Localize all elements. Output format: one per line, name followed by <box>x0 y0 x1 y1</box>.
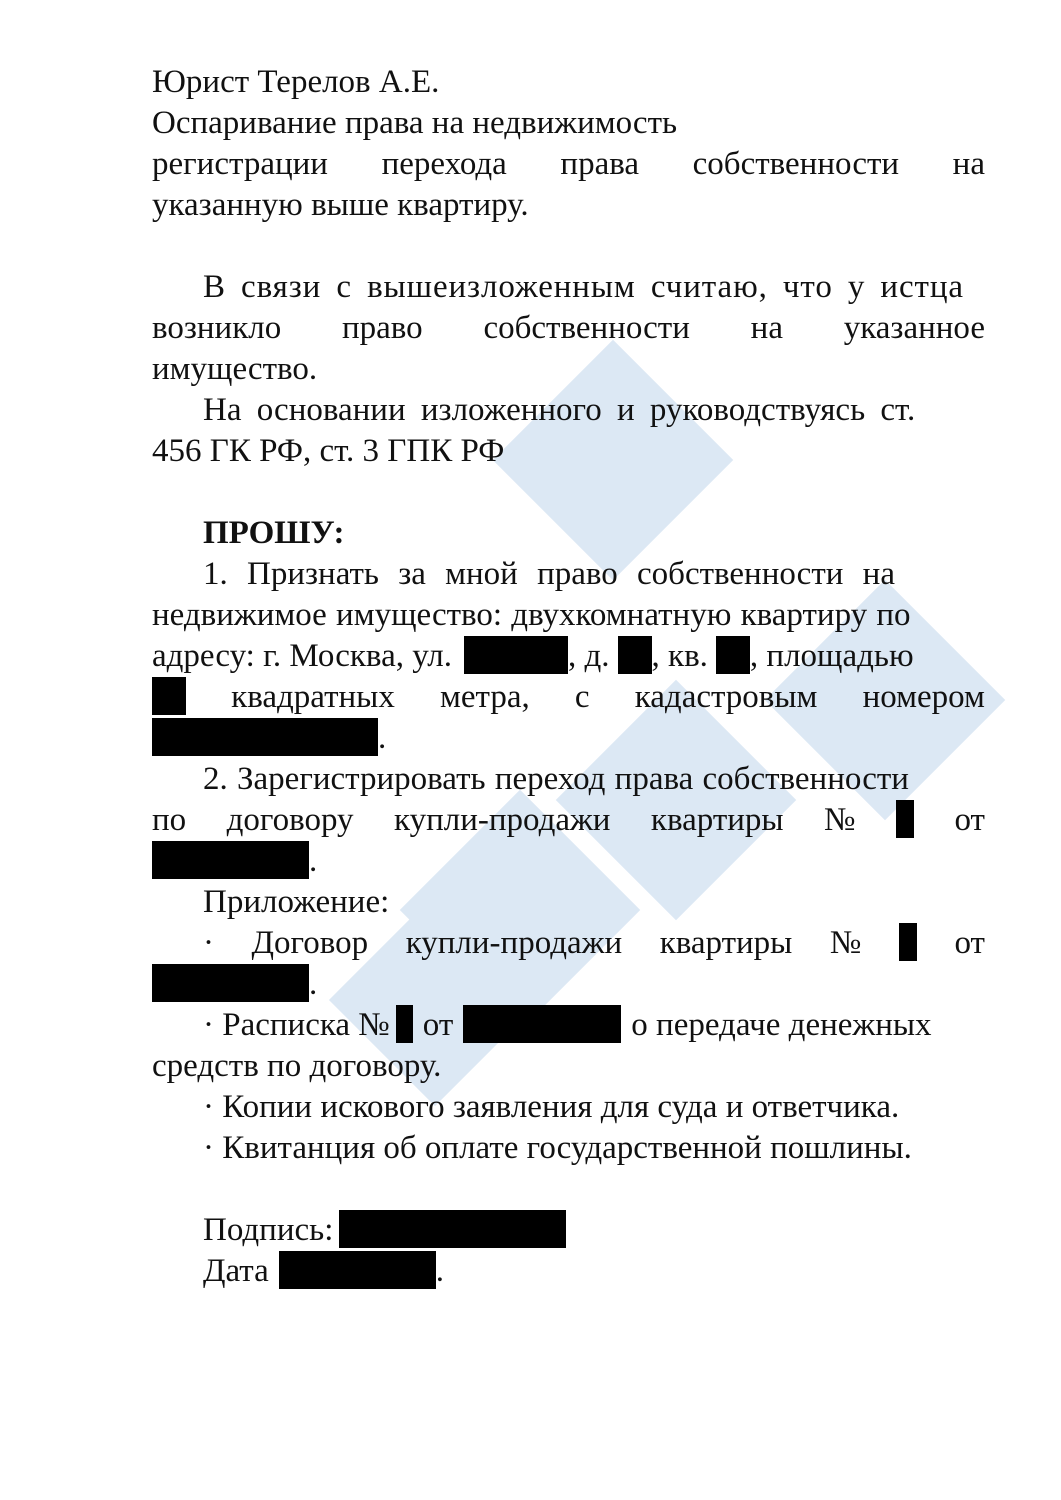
word: договору <box>227 800 354 841</box>
word: на <box>751 308 783 349</box>
item-1-line-3: адресу: г. Москва, ул. , д. , кв. , площ… <box>152 636 985 677</box>
word: с <box>575 677 590 718</box>
paragraph-text: В связи с вышеизложенным считаю, что у и… <box>203 267 964 308</box>
house-label: , д. <box>568 636 610 677</box>
item-1-line-2: недвижимое имущество: двухкомнатную квар… <box>152 595 985 636</box>
word: перехода <box>382 144 507 185</box>
document-body: Юрист Терелов А.Е. Оспаривание права на … <box>152 62 985 1292</box>
word: купли-продажи <box>406 923 622 964</box>
word: Договор <box>252 923 369 964</box>
attachment-4: · Квитанция об оплате государственной по… <box>152 1128 985 1169</box>
flat-label: , кв. <box>652 636 708 677</box>
word: право <box>342 308 423 349</box>
paragraph-1-line-1: В связи с вышеизложенным считаю, что у и… <box>152 267 985 308</box>
word: купли-продажи <box>394 800 610 841</box>
attachment-1-line-1: · Договор купли-продажи квартиры № от <box>152 923 985 964</box>
attachment-3: · Копии искового заявления для суда и от… <box>152 1087 985 1128</box>
redacted-area <box>152 677 186 715</box>
redacted-street <box>464 636 568 674</box>
punctuation: . <box>436 1251 444 1292</box>
word: по <box>152 800 186 841</box>
word: возникло <box>152 308 281 349</box>
word: квартиры <box>660 923 793 964</box>
word: от <box>423 1005 454 1046</box>
redacted-signature <box>339 1210 566 1248</box>
punctuation: . <box>309 841 317 882</box>
item-2-line-1: 2. Зарегистрировать переход права собств… <box>152 759 985 800</box>
attachment-2-line-2: средств по договору. <box>152 1046 985 1087</box>
word: регистрации <box>152 144 328 185</box>
item-1-line-4: квадратных метра, с кадастровым номером <box>152 677 985 718</box>
redacted-receipt-date <box>463 1005 621 1043</box>
item-1-line-1: 1. Признать за мной право собственности … <box>152 554 985 595</box>
word: № <box>830 923 862 964</box>
paragraph-2-line-1: На основании изложенного и руководствуяс… <box>152 390 985 431</box>
item-1-line-5: . <box>152 718 985 759</box>
date-label: Дата <box>203 1251 269 1292</box>
area-label: , площадью <box>750 636 914 677</box>
date-line: Дата . <box>152 1251 985 1292</box>
punctuation: . <box>309 964 317 1005</box>
punctuation: . <box>378 718 386 759</box>
document-page: Юрист Терелов А.Е. Оспаривание права на … <box>0 0 1061 1500</box>
item-2-line-2: по договору купли-продажи квартиры № от <box>152 800 985 841</box>
word: кадастровым <box>635 677 818 718</box>
signature-label: Подпись: <box>203 1210 333 1251</box>
address-prefix: адресу: г. Москва, ул. <box>152 636 452 677</box>
item-2-line-3: . <box>152 841 985 882</box>
redacted-date <box>279 1251 436 1289</box>
word: права <box>560 144 639 185</box>
word: от <box>954 800 985 841</box>
redacted-contract-number <box>899 923 917 961</box>
paragraph-1-line-2: возникло право собственности на указанно… <box>152 308 985 349</box>
redacted-house <box>618 636 652 674</box>
redacted-contract-number <box>896 800 914 838</box>
topic-line: Оспаривание права на недвижимость <box>152 103 985 144</box>
bullet: · <box>203 923 214 964</box>
redacted-receipt-number <box>396 1005 413 1043</box>
word: от <box>954 923 985 964</box>
receipt-description: о передаче денежных <box>631 1005 931 1046</box>
word: собственности <box>483 308 689 349</box>
author-line: Юрист Терелов А.Е. <box>152 62 985 103</box>
redacted-contract-date <box>152 964 309 1002</box>
word: номером <box>863 677 985 718</box>
attachments-heading: Приложение: <box>152 882 985 923</box>
redacted-cadastral-number <box>152 718 378 756</box>
redacted-contract-date <box>152 841 309 879</box>
word: на <box>953 144 985 185</box>
receipt-label: · Расписка № <box>203 1005 390 1046</box>
request-heading: ПРОШУ: <box>152 513 985 554</box>
attachment-1-line-2: . <box>152 964 985 1005</box>
word: метра, <box>440 677 530 718</box>
signature-line: Подпись: <box>152 1210 985 1251</box>
word: указанное <box>844 308 985 349</box>
intro-line-1: регистрации перехода права собственности… <box>152 144 985 185</box>
attachment-2-line-1: · Расписка № от о передаче денежных <box>152 1005 985 1046</box>
paragraph-2-line-2: 456 ГК РФ, ст. 3 ГПК РФ <box>152 431 985 472</box>
redacted-flat <box>716 636 750 674</box>
word: квадратных <box>231 677 395 718</box>
paragraph-1-line-3: имущество. <box>152 349 985 390</box>
word: квартиры <box>651 800 784 841</box>
intro-line-2: указанную выше квартиру. <box>152 185 985 226</box>
word: № <box>824 800 856 841</box>
word: собственности <box>693 144 899 185</box>
